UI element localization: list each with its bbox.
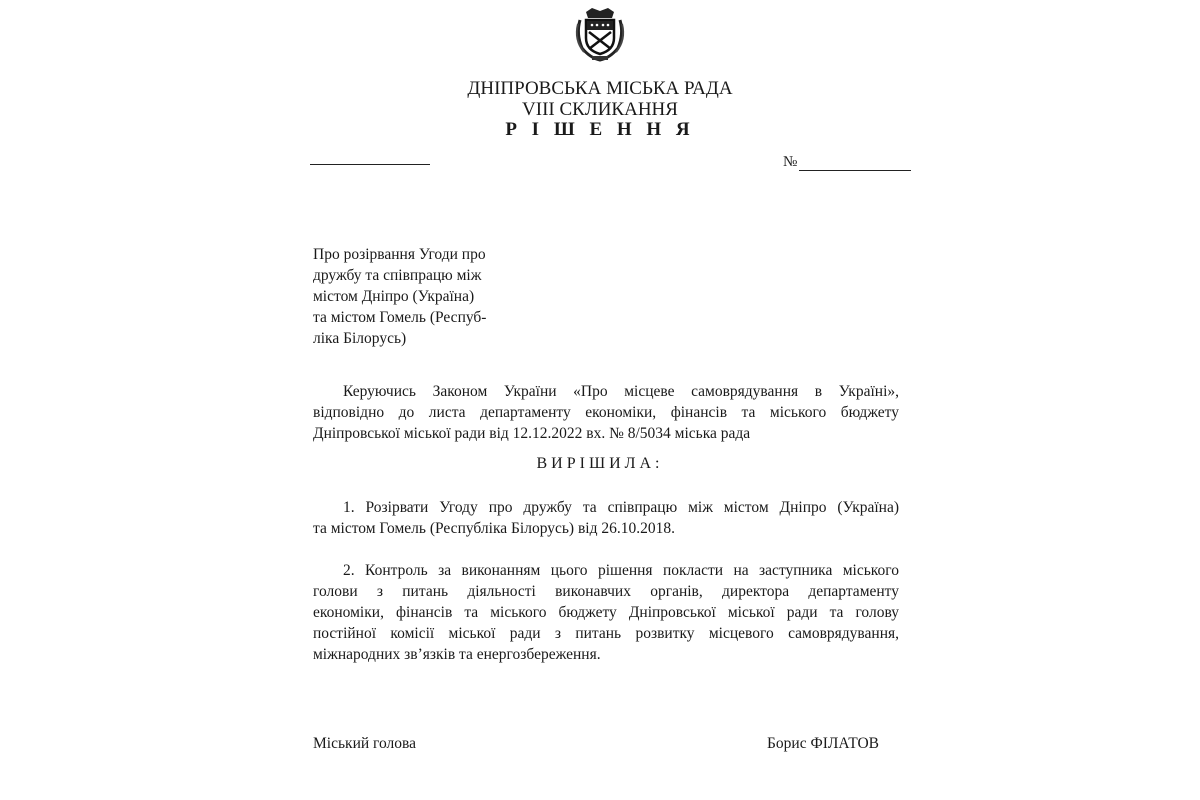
subject-line: та містом Гомель (Респуб- — [313, 307, 529, 328]
city-coat-of-arms-icon — [572, 4, 628, 64]
subject-line: ліка Білорусь) — [313, 328, 529, 349]
preamble-paragraph: Керуючись Законом України «Про місцеве с… — [313, 381, 899, 444]
item-line: економіки, фінансів та міського бюджету … — [313, 602, 899, 623]
preamble-line: відповідно до листа департаменту економі… — [313, 402, 899, 423]
item-line: голови з питань діяльності виконавчих ор… — [313, 581, 899, 602]
decision-item-1: 1. Розірвати Угоду про дружбу та співпра… — [313, 497, 899, 539]
item-line: 1. Розірвати Угоду про дружбу та співпра… — [313, 497, 899, 518]
decision-item-2: 2. Контроль за виконанням цього рішення … — [313, 560, 899, 665]
item-line: та містом Гомель (Республіка Білорусь) в… — [313, 518, 899, 539]
convocation: VIII СКЛИКАННЯ — [420, 99, 780, 120]
decided-heading: ВИРІШИЛА: — [420, 455, 780, 473]
subject-line: дружбу та співпрацю між — [313, 265, 529, 286]
number-label: № — [783, 154, 797, 171]
item-line: 2. Контроль за виконанням цього рішення … — [313, 560, 899, 581]
preamble-line: Керуючись Законом України «Про місцеве с… — [313, 381, 899, 402]
council-name: ДНІПРОВСЬКА МІСЬКА РАДА — [420, 78, 780, 99]
date-blank-line — [310, 164, 430, 165]
item-line: постійної комісії міської ради з питань … — [313, 623, 899, 644]
decision-subject: Про розірвання Угоди про дружбу та співп… — [313, 244, 529, 349]
document-type-title: Р І Ш Е Н Н Я — [420, 119, 780, 140]
number-blank-line — [799, 156, 911, 171]
item-line: міжнародних зв’язків та енергозбереження… — [313, 644, 899, 665]
decision-number-field: № — [783, 154, 911, 171]
signatory-position: Міський голова — [313, 735, 416, 753]
subject-line: Про розірвання Угоди про — [313, 244, 529, 265]
preamble-line: Дніпровської міської ради від 12.12.2022… — [313, 423, 899, 444]
subject-line: містом Дніпро (Україна) — [313, 286, 529, 307]
signatory-name: Борис ФІЛАТОВ — [767, 735, 879, 753]
